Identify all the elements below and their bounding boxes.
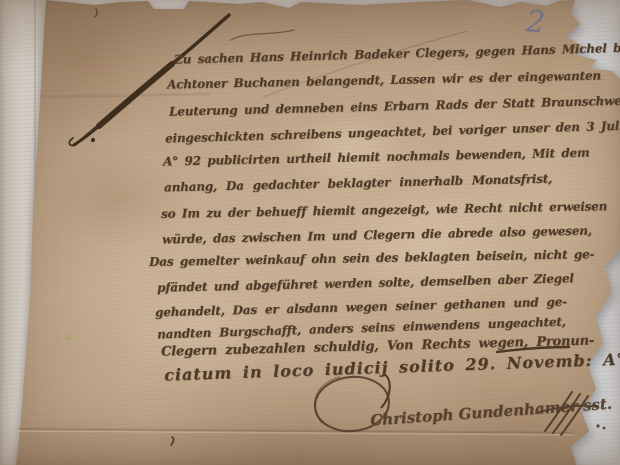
manuscript-photo: Zu sachen Hans Heinrich Badeker Clegers,… <box>0 0 620 465</box>
manuscript-page-wrap <box>0 0 620 465</box>
manuscript-page <box>0 0 620 465</box>
